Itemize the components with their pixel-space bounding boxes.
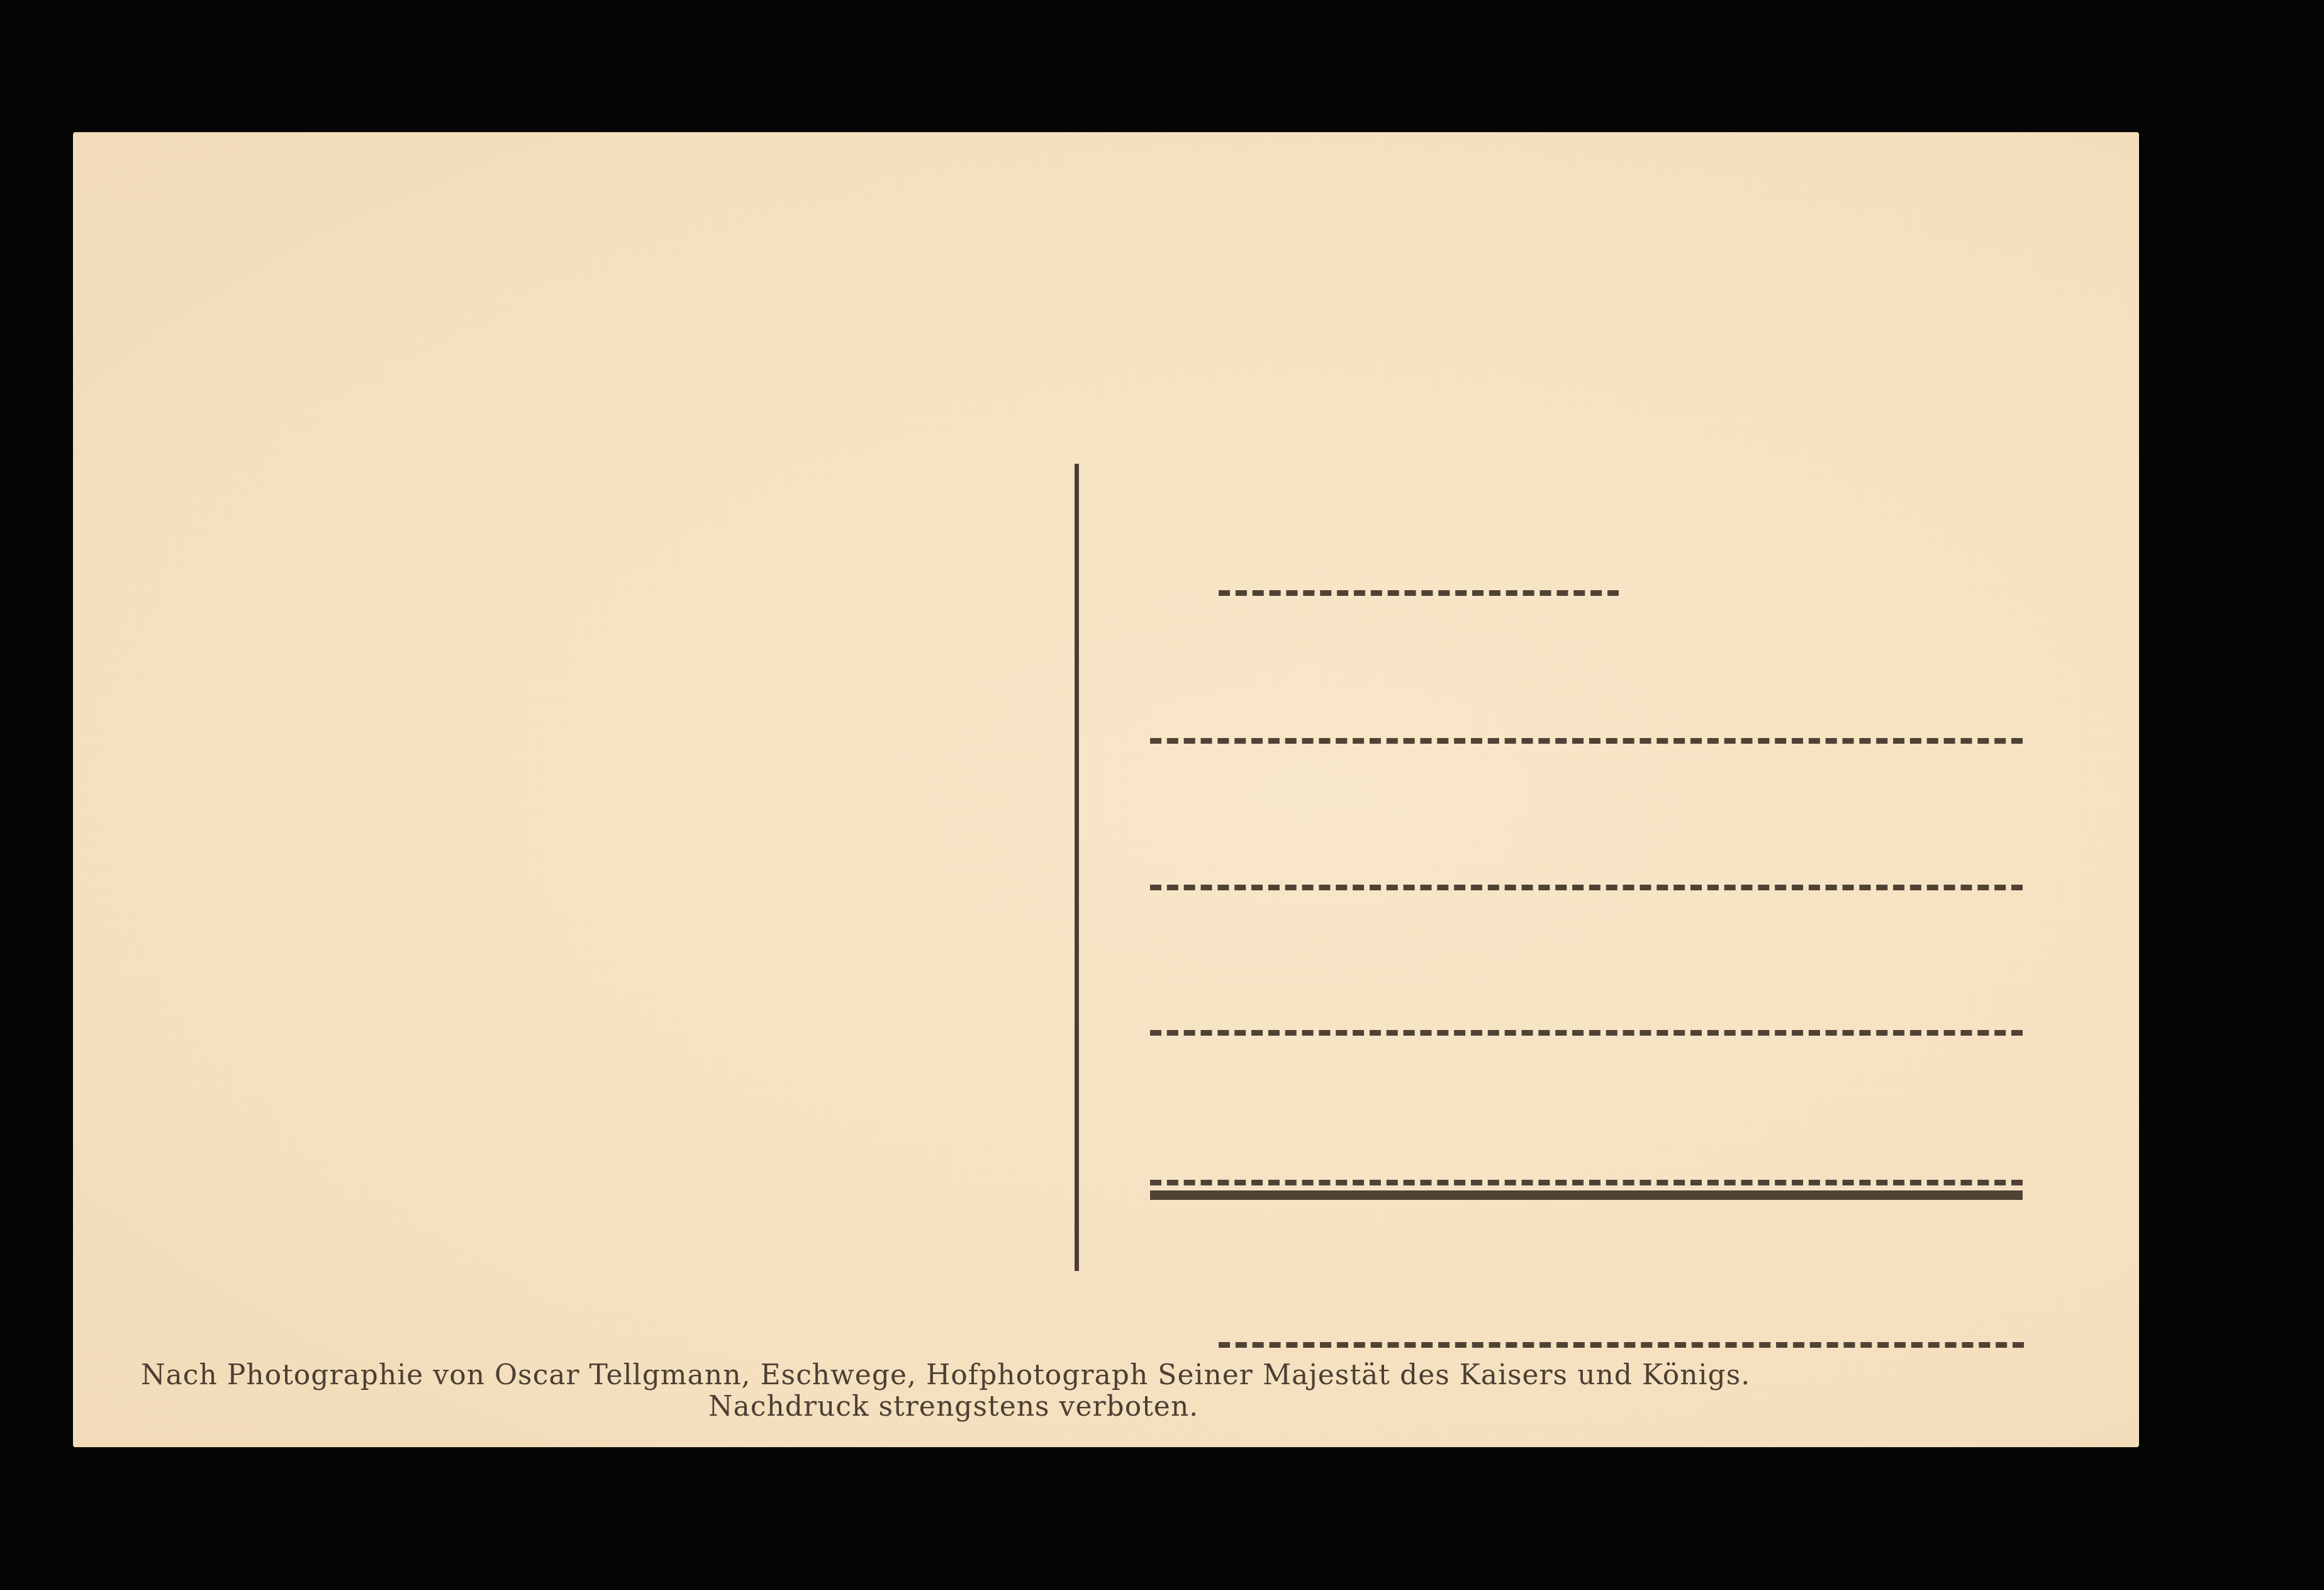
address-line-1 — [1219, 590, 1619, 596]
address-line-6 — [1219, 1342, 2024, 1348]
address-line-5-dashed — [1150, 1180, 2023, 1185]
message-address-divider — [1075, 464, 1079, 1271]
address-line-3 — [1150, 885, 2023, 890]
address-line-4 — [1150, 1030, 2023, 1036]
photographer-credit: Nach Photographie von Oscar Tellgmann, E… — [141, 1359, 2207, 1391]
address-line-5-solid — [1150, 1190, 2023, 1200]
postcard-back: Nach Photographie von Oscar Tellgmann, E… — [73, 132, 2139, 1447]
reprint-notice: Nachdruck strengstens verboten. — [708, 1391, 2324, 1423]
address-line-2 — [1150, 738, 2023, 744]
